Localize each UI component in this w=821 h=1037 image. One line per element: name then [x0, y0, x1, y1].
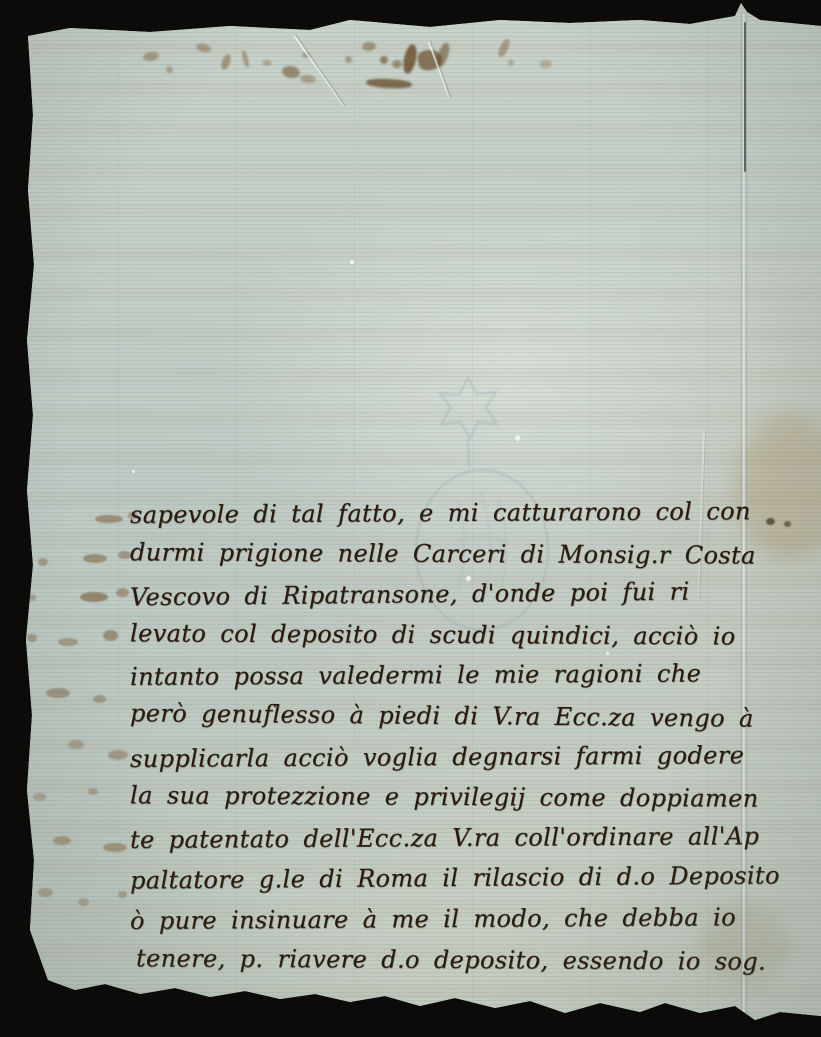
- manuscript-line: però genuflesso à piedi di V.ra Ecc.za v…: [130, 693, 778, 739]
- manuscript-line: ò pure insinuare à me il modo, che debba…: [130, 897, 778, 942]
- manuscript-line: durmi prigione nelle Carceri di Monsig.r…: [130, 532, 778, 576]
- manuscript-line: paltatore g.le di Roma il rilascio di d.…: [130, 856, 778, 902]
- manuscript-line: te patentato dell'Ecc.za V.ra coll'ordin…: [130, 816, 778, 861]
- scan-background: sapevole di tal fatto, e mi catturarono …: [0, 0, 821, 1037]
- manuscript-line: tenere, p. riavere d.o deposito, essendo…: [130, 938, 778, 982]
- crease-line: [294, 35, 345, 107]
- manuscript-line: levato col deposito di scudi quindici, a…: [130, 613, 778, 657]
- manuscript-text: sapevole di tal fatto, e mi catturarono …: [130, 493, 778, 980]
- fold-crease-slit: [744, 22, 746, 172]
- crease-line: [428, 41, 450, 98]
- manuscript-line: sapevole di tal fatto, e mi catturarono …: [130, 491, 778, 536]
- manuscript-line: Vescovo di Ripatransone, d'onde poi fui …: [130, 571, 778, 618]
- manuscript-page: sapevole di tal fatto, e mi catturarono …: [0, 0, 821, 1037]
- manuscript-line: intanto possa valedermi le mie ragioni c…: [130, 653, 778, 698]
- manuscript-line: la sua protezzione e privilegij come dop…: [130, 775, 778, 819]
- manuscript-line: supplicarla acciò voglia degnarsi farmi …: [130, 735, 778, 780]
